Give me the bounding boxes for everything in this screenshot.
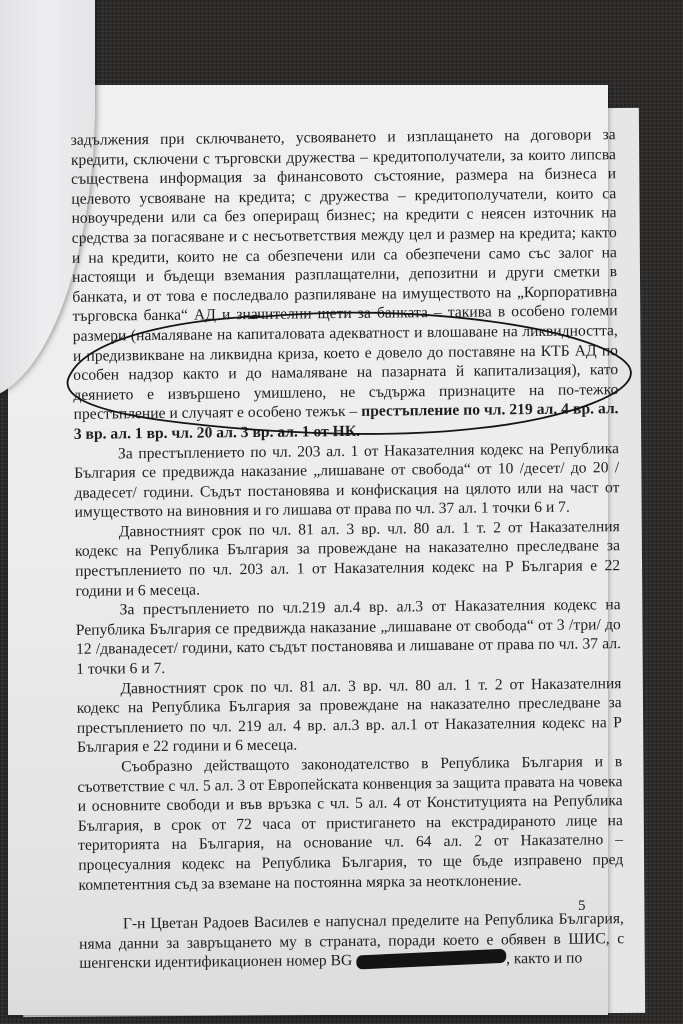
page-number: 5 — [578, 898, 586, 915]
redaction-mark — [356, 949, 506, 970]
document-body: задължения при сключването, усвояването … — [71, 125, 625, 974]
paragraph-art-203-penalty: За престъплението по чл. 203 ал. 1 от На… — [74, 439, 620, 523]
paragraph-extradition-procedure: Съобразно действащото законодателство в … — [77, 752, 623, 895]
paragraph-art-203-limitation: Давностният срок по чл. 81 ал. 3 вр. чл.… — [75, 517, 621, 601]
paragraph-credits-and-crime: задължения при сключването, усвояването … — [71, 125, 619, 444]
paragraph-art-219-penalty: За престъплението по чл.219 ал.4 вр. ал.… — [76, 595, 622, 679]
paragraph-art-219-limitation: Давностният срок по чл. 81 ал. 3 вр. чл.… — [76, 674, 622, 758]
paragraph-departure-sis: Г-н Цветан Радоев Василев е напуснал пре… — [79, 909, 625, 973]
